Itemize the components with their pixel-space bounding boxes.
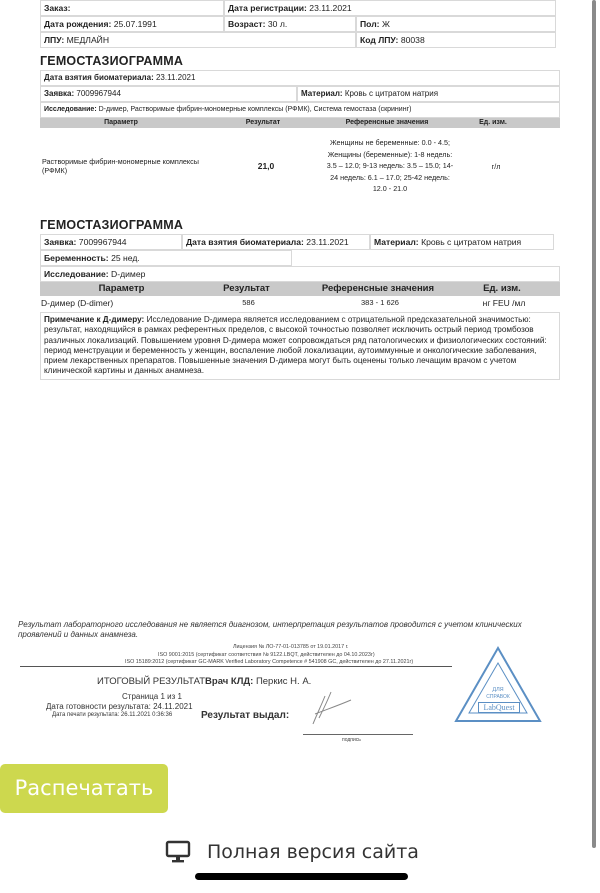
iso-9001-text: ISO 9001:2015 (сертификат соответствия №…: [158, 652, 375, 658]
lab-stamp: ДЛЯ СПРАВОК LabQuest: [453, 645, 543, 725]
order-cell: Заказ:: [40, 0, 224, 16]
lpu-code-cell: Код ЛПУ: 80038: [356, 32, 556, 48]
param-cell: Растворимые фибрин-мономерные комплексы …: [40, 157, 206, 175]
lpu-cell: ЛПУ: МЕДЛАЙН: [40, 32, 356, 48]
result-cell: 586: [206, 296, 291, 310]
study-cell: Исследование: D-димер: [40, 266, 560, 282]
print-button[interactable]: Распечатать: [0, 764, 168, 813]
table-row: D-димер (D-dimer) 586 383 - 1 626 нг FEU…: [40, 296, 560, 310]
col-result: Результат: [205, 282, 288, 296]
col-param: Параметр: [40, 282, 203, 296]
page-number: Страница 1 из 1: [122, 692, 182, 701]
unit-cell: нг FEU /мл: [469, 296, 539, 310]
reference-cell: Женщины не беременные: 0.0 - 4.5; Женщин…: [326, 137, 454, 195]
material-cell: Материал: Кровь с цитратом натрия: [297, 86, 560, 102]
request-cell: Заявка: 7009967944: [40, 234, 182, 250]
age-cell: Возраст: 30 л.: [224, 16, 356, 32]
section-title: ГЕМОСТАЗИОГРАММА: [40, 54, 560, 68]
birth-date-cell: Дата рождения: 25.07.1991: [40, 16, 224, 32]
sample-date-cell: Дата взятия биоматериала: 23.11.2021: [40, 70, 560, 86]
disclaimer: Результат лабораторного исследования не …: [18, 620, 538, 640]
study-cell: Исследование: D-димер, Растворимые фибри…: [40, 102, 560, 118]
lab-report: Заказ: Дата регистрации: 23.11.2021 Дата…: [40, 0, 560, 380]
col-reference: Референсные значения: [290, 282, 466, 296]
full-version-label: Полная версия сайта: [207, 841, 419, 863]
divider: [20, 666, 452, 667]
col-unit: Ед. изм.: [468, 282, 536, 296]
final-result-line: ИТОГОВЫЙ РЕЗУЛЬТАТВрач КЛД: Перкис Н. А.: [97, 676, 311, 687]
section-title: ГЕМОСТАЗИОГРАММА: [40, 218, 560, 232]
d-dimer-note: Примечание к Д-димеру: Исследование D-ди…: [40, 312, 560, 380]
reg-date-cell: Дата регистрации: 23.11.2021: [224, 0, 556, 16]
signature: [305, 688, 355, 728]
param-cell: D-димер (D-dimer): [40, 296, 206, 310]
home-indicator: [195, 873, 408, 880]
full-version-link[interactable]: Полная версия сайта: [165, 840, 419, 864]
result-cell: 21,0: [206, 161, 326, 171]
scrollbar[interactable]: [592, 0, 596, 848]
col-unit: Ед. изм.: [452, 118, 534, 128]
col-param: Параметр: [40, 118, 202, 128]
table-header: Параметр Результат Референсные значения …: [40, 282, 560, 296]
reference-cell: 383 - 1 626: [291, 296, 469, 310]
iso-15189-text: ISO 15189:2012 (сертификат GC-MARK Verif…: [125, 659, 413, 665]
table-row: Растворимые фибрин-мономерные комплексы …: [40, 128, 560, 204]
license-text: Лицензия № ЛО-77-01-013785 от 19.01.2017…: [233, 644, 348, 650]
signature-line: [303, 734, 413, 735]
pregnancy-cell: Беременность: 25 нед.: [40, 250, 292, 266]
sex-cell: Пол: Ж: [356, 16, 556, 32]
table-header: Параметр Результат Референсные значения …: [40, 118, 560, 128]
unit-cell: г/л: [454, 162, 538, 171]
col-reference: Референсные значения: [324, 118, 450, 128]
request-cell: Заявка: 7009967944: [40, 86, 297, 102]
issued-by: Результат выдал:: [201, 710, 289, 721]
material-cell: Материал: Кровь с цитратом натрия: [370, 234, 554, 250]
print-date: Дата печати результата: 26.11.2021 0:36:…: [52, 712, 172, 718]
col-result: Результат: [204, 118, 322, 128]
signature-caption: подпись: [342, 737, 361, 743]
sample-date-cell: Дата взятия биоматериала: 23.11.2021: [182, 234, 370, 250]
monitor-icon: [165, 840, 191, 864]
ready-date: Дата готовности результата: 24.11.2021: [46, 702, 193, 711]
